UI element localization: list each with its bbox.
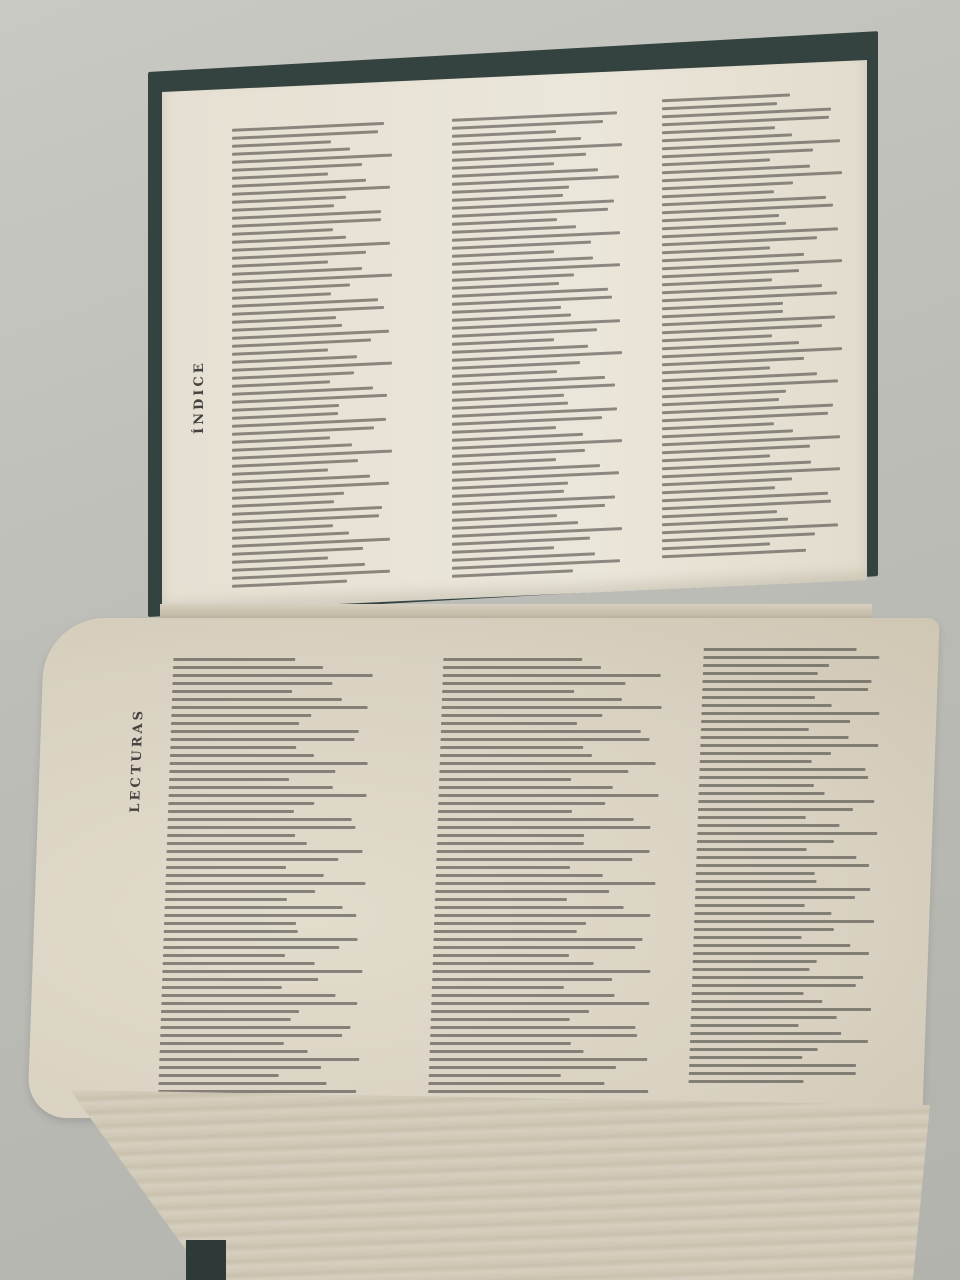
text-line — [695, 880, 816, 883]
text-line — [160, 1026, 350, 1029]
text-line — [431, 1010, 589, 1013]
text-line — [452, 351, 622, 362]
text-line — [452, 514, 557, 522]
text-line — [452, 402, 568, 410]
text-line — [232, 532, 349, 540]
text-line — [442, 706, 662, 709]
text-line — [690, 1040, 868, 1043]
text-line — [433, 962, 594, 965]
text-line — [430, 1034, 637, 1037]
text-column — [428, 658, 663, 1093]
text-line — [694, 920, 874, 923]
text-line — [168, 794, 366, 797]
text-line — [702, 688, 868, 691]
text-line — [690, 1024, 798, 1027]
text-line — [452, 143, 622, 154]
text-line — [662, 269, 799, 278]
text-line — [168, 810, 294, 813]
text-line — [662, 445, 810, 455]
text-line — [693, 952, 869, 955]
text-line — [435, 890, 609, 893]
text-line — [232, 394, 387, 404]
text-line — [690, 1048, 818, 1051]
text-line — [452, 559, 620, 570]
text-line — [232, 251, 366, 260]
text-line — [232, 130, 378, 140]
text-line — [701, 736, 849, 739]
text-line — [691, 1016, 837, 1019]
text-line — [232, 283, 350, 291]
text-line — [452, 175, 619, 186]
text-line — [232, 196, 346, 204]
text-line — [699, 776, 868, 779]
text-line — [440, 738, 649, 741]
text-line — [697, 832, 877, 835]
text-line — [232, 242, 390, 252]
text-line — [697, 840, 834, 843]
text-line — [434, 914, 650, 917]
text-line — [232, 482, 389, 492]
text-line — [429, 1074, 561, 1077]
text-line — [443, 674, 661, 677]
text-line — [662, 102, 777, 110]
text-line — [439, 778, 571, 781]
text-line — [431, 1018, 570, 1021]
text-line — [704, 648, 857, 651]
text-column — [688, 648, 883, 1083]
text-line — [165, 882, 365, 885]
text-line — [662, 510, 777, 518]
text-line — [699, 792, 825, 795]
text-line — [161, 1002, 357, 1005]
text-line — [662, 236, 817, 246]
text-column — [232, 122, 392, 588]
text-line — [430, 1042, 571, 1045]
text-line — [232, 538, 390, 548]
text-line — [232, 362, 392, 372]
text-line — [452, 263, 620, 274]
text-line — [452, 306, 561, 314]
text-line — [690, 1032, 841, 1035]
text-line — [170, 762, 368, 765]
index-page-bottom: LECTURAS — [27, 618, 939, 1118]
text-line — [692, 976, 863, 979]
text-line — [696, 872, 815, 875]
text-line — [232, 355, 357, 364]
text-line — [452, 504, 605, 514]
text-line — [438, 810, 572, 813]
text-line — [173, 666, 323, 669]
text-line — [438, 794, 658, 797]
text-line — [452, 439, 622, 450]
text-line — [170, 738, 354, 741]
text-line — [662, 148, 813, 158]
text-line — [698, 800, 874, 803]
text-line — [452, 537, 590, 546]
text-line — [439, 770, 628, 773]
text-line — [701, 720, 850, 723]
text-line — [442, 690, 574, 693]
text-line — [442, 698, 622, 701]
text-line — [232, 260, 328, 267]
text-line — [232, 339, 371, 348]
text-line — [159, 1058, 359, 1061]
text-line — [232, 218, 381, 228]
text-line — [699, 768, 865, 771]
text-line — [232, 450, 392, 460]
text-line — [662, 477, 792, 486]
text-line — [662, 390, 786, 399]
text-line — [695, 888, 870, 891]
text-line — [232, 274, 392, 284]
text-line — [232, 140, 331, 148]
text-line — [700, 744, 878, 747]
text-line — [165, 898, 287, 901]
text-line — [163, 954, 285, 957]
text-line — [452, 313, 571, 321]
text-line — [692, 968, 809, 971]
text-line — [172, 698, 342, 701]
text-line — [232, 147, 350, 155]
text-line — [172, 690, 292, 693]
text-line — [662, 222, 786, 231]
text-line — [166, 866, 286, 869]
text-line — [159, 1066, 321, 1069]
text-line — [441, 714, 602, 717]
text-line — [662, 357, 804, 366]
text-line — [452, 521, 578, 530]
text-line — [168, 818, 352, 821]
text-line — [452, 137, 581, 146]
text-line — [171, 722, 299, 725]
text-line — [703, 672, 818, 675]
text-line — [164, 922, 296, 925]
text-line — [452, 471, 619, 482]
text-line — [452, 361, 580, 370]
text-line — [662, 204, 833, 215]
text-line — [696, 864, 869, 867]
text-line — [662, 133, 792, 142]
text-line — [160, 1034, 342, 1037]
text-line — [167, 850, 363, 853]
text-line — [433, 938, 642, 941]
text-line — [662, 181, 793, 190]
text-line — [232, 380, 330, 387]
text-line — [167, 842, 307, 845]
text-line — [173, 674, 373, 677]
text-line — [232, 547, 363, 556]
text-line — [232, 459, 358, 468]
text-line — [160, 1050, 308, 1053]
text-line — [429, 1058, 647, 1061]
text-line — [440, 762, 656, 765]
text-line — [232, 524, 333, 532]
text-line — [700, 752, 831, 755]
text-line — [452, 130, 556, 138]
text-line — [662, 116, 829, 127]
text-line — [431, 994, 614, 997]
text-line — [452, 273, 574, 282]
text-line — [662, 334, 772, 342]
text-line — [232, 468, 328, 475]
text-line — [443, 658, 582, 661]
text-line — [452, 527, 622, 538]
text-line — [662, 310, 783, 318]
text-line — [159, 1074, 279, 1077]
text-line — [662, 93, 790, 102]
text-line — [162, 978, 318, 981]
text-line — [169, 786, 333, 789]
text-line — [432, 978, 612, 981]
text-line — [232, 267, 362, 276]
text-line — [696, 856, 856, 859]
text-line — [703, 664, 829, 667]
text-line — [452, 328, 597, 338]
text-line — [662, 532, 815, 542]
index-page-top: ÍNDICE — [162, 60, 867, 612]
text-line — [232, 412, 338, 420]
text-line — [452, 416, 602, 426]
text-line — [698, 816, 806, 819]
text-line — [440, 754, 592, 757]
text-line — [171, 714, 311, 717]
text-line — [232, 228, 333, 236]
text-line — [441, 730, 641, 733]
text-line — [693, 944, 850, 947]
text-line — [232, 172, 328, 179]
text-line — [161, 1018, 291, 1021]
text-line — [452, 426, 556, 434]
text-line — [433, 954, 569, 957]
text-line — [438, 818, 634, 821]
text-line — [430, 1026, 635, 1029]
text-line — [662, 214, 779, 222]
text-line — [695, 904, 805, 907]
text-line — [232, 316, 336, 324]
text-line — [431, 1002, 649, 1005]
text-line — [697, 824, 839, 827]
text-line — [699, 784, 814, 787]
text-line — [232, 436, 330, 443]
text-line — [692, 984, 856, 987]
text-line — [430, 1050, 584, 1053]
text-line — [432, 970, 650, 973]
text-line — [452, 231, 620, 242]
page-header-indice: ÍNDICE — [192, 360, 207, 434]
text-line — [163, 962, 315, 965]
text-line — [165, 906, 343, 909]
text-line — [166, 858, 338, 861]
text-line — [698, 808, 853, 811]
text-line — [452, 208, 608, 218]
text-line — [693, 960, 817, 963]
text-line — [452, 433, 583, 442]
text-line — [437, 834, 584, 837]
text-line — [441, 722, 577, 725]
text-line — [232, 236, 346, 244]
book-cover-bottom — [186, 1240, 226, 1280]
text-line — [452, 338, 554, 346]
text-line — [701, 712, 879, 715]
text-line — [662, 302, 783, 310]
text-line — [691, 1008, 871, 1011]
text-line — [694, 928, 834, 931]
text-line — [435, 882, 655, 885]
text-line — [232, 443, 352, 451]
text-line — [232, 179, 366, 188]
text-line — [173, 658, 295, 661]
text-line — [691, 1000, 822, 1003]
text-line — [429, 1066, 616, 1069]
text-line — [662, 398, 779, 406]
text-line — [170, 754, 314, 757]
text-line — [662, 366, 770, 374]
text-line — [165, 890, 315, 893]
text-column — [158, 658, 373, 1093]
text-line — [662, 190, 774, 198]
text-line — [440, 746, 583, 749]
text-line — [662, 422, 774, 430]
text-line — [232, 570, 390, 580]
text-line — [437, 842, 584, 845]
text-line — [432, 986, 564, 989]
text-line — [662, 412, 828, 423]
text-line — [232, 204, 334, 212]
text-line — [452, 546, 554, 554]
text-line — [163, 938, 357, 941]
text-line — [170, 746, 296, 749]
text-line — [158, 1082, 326, 1085]
text-line — [452, 250, 554, 258]
text-line — [232, 563, 365, 572]
text-line — [452, 345, 588, 354]
text-line — [232, 500, 334, 508]
text-line — [703, 656, 879, 659]
text-line — [163, 946, 339, 949]
text-line — [700, 760, 812, 763]
text-line — [162, 970, 362, 973]
text-line — [702, 680, 871, 683]
text-line — [452, 458, 556, 466]
text-line — [437, 850, 650, 853]
text-line — [232, 556, 328, 563]
text-line — [232, 371, 354, 380]
text-line — [232, 348, 328, 355]
text-line — [164, 930, 298, 933]
text-line — [452, 383, 615, 393]
text-column — [452, 111, 622, 578]
text-line — [662, 542, 770, 550]
text-line — [436, 858, 632, 861]
text-line — [172, 706, 368, 709]
text-column — [662, 91, 842, 558]
text-line — [452, 241, 591, 250]
text-line — [452, 218, 557, 226]
text-line — [452, 394, 564, 402]
text-line — [164, 914, 356, 917]
text-line — [439, 786, 613, 789]
text-line — [452, 490, 564, 498]
text-line — [434, 930, 577, 933]
text-line — [162, 986, 282, 989]
text-line — [688, 1080, 803, 1083]
text-line — [232, 306, 384, 316]
text-line — [232, 324, 342, 332]
text-line — [172, 682, 332, 685]
text-line — [435, 906, 624, 909]
text-line — [436, 874, 603, 877]
text-line — [169, 778, 289, 781]
text-line — [232, 426, 374, 435]
text-line — [437, 826, 650, 829]
text-line — [161, 994, 335, 997]
text-line — [701, 728, 809, 731]
text-line — [702, 696, 815, 699]
text-line — [169, 770, 335, 773]
text-line — [167, 834, 295, 837]
text-line — [433, 946, 635, 949]
text-line — [161, 1010, 299, 1013]
text-line — [436, 866, 570, 869]
text-line — [662, 246, 770, 254]
text-line — [662, 278, 772, 286]
text-line — [166, 874, 324, 877]
text-line — [662, 549, 806, 559]
text-line — [232, 404, 339, 412]
text-line — [662, 324, 822, 334]
text-line — [232, 186, 390, 196]
text-line — [452, 186, 569, 194]
text-line — [452, 120, 603, 130]
text-line — [452, 370, 557, 378]
text-line — [442, 682, 625, 685]
text-line — [662, 486, 775, 494]
text-line — [689, 1072, 856, 1075]
text-line — [232, 580, 347, 588]
text-line — [662, 341, 799, 350]
text-line — [232, 492, 344, 500]
text-line — [452, 296, 612, 306]
text-line — [167, 826, 355, 829]
text-line — [452, 569, 573, 577]
text-line — [452, 282, 559, 290]
text-line — [232, 514, 379, 524]
text-line — [662, 429, 793, 438]
text-line — [428, 1090, 648, 1093]
text-line — [697, 848, 807, 851]
text-line — [689, 1064, 856, 1067]
text-line — [452, 162, 554, 170]
text-line — [702, 704, 832, 707]
text-line — [435, 898, 567, 901]
text-line — [171, 730, 359, 733]
text-line — [662, 454, 770, 462]
text-line — [232, 154, 392, 164]
text-line — [438, 802, 605, 805]
text-line — [695, 896, 855, 899]
text-line — [692, 992, 804, 995]
text-line — [452, 153, 586, 162]
page-header-lecturas: LECTURAS — [128, 708, 147, 813]
text-line — [232, 163, 362, 172]
text-line — [160, 1042, 284, 1045]
text-line — [452, 194, 563, 202]
text-line — [168, 802, 314, 805]
book-photo: ÍNDICE LECTURAS — [0, 0, 960, 1280]
text-line — [434, 922, 586, 925]
text-line — [232, 475, 370, 484]
text-line — [662, 518, 788, 527]
